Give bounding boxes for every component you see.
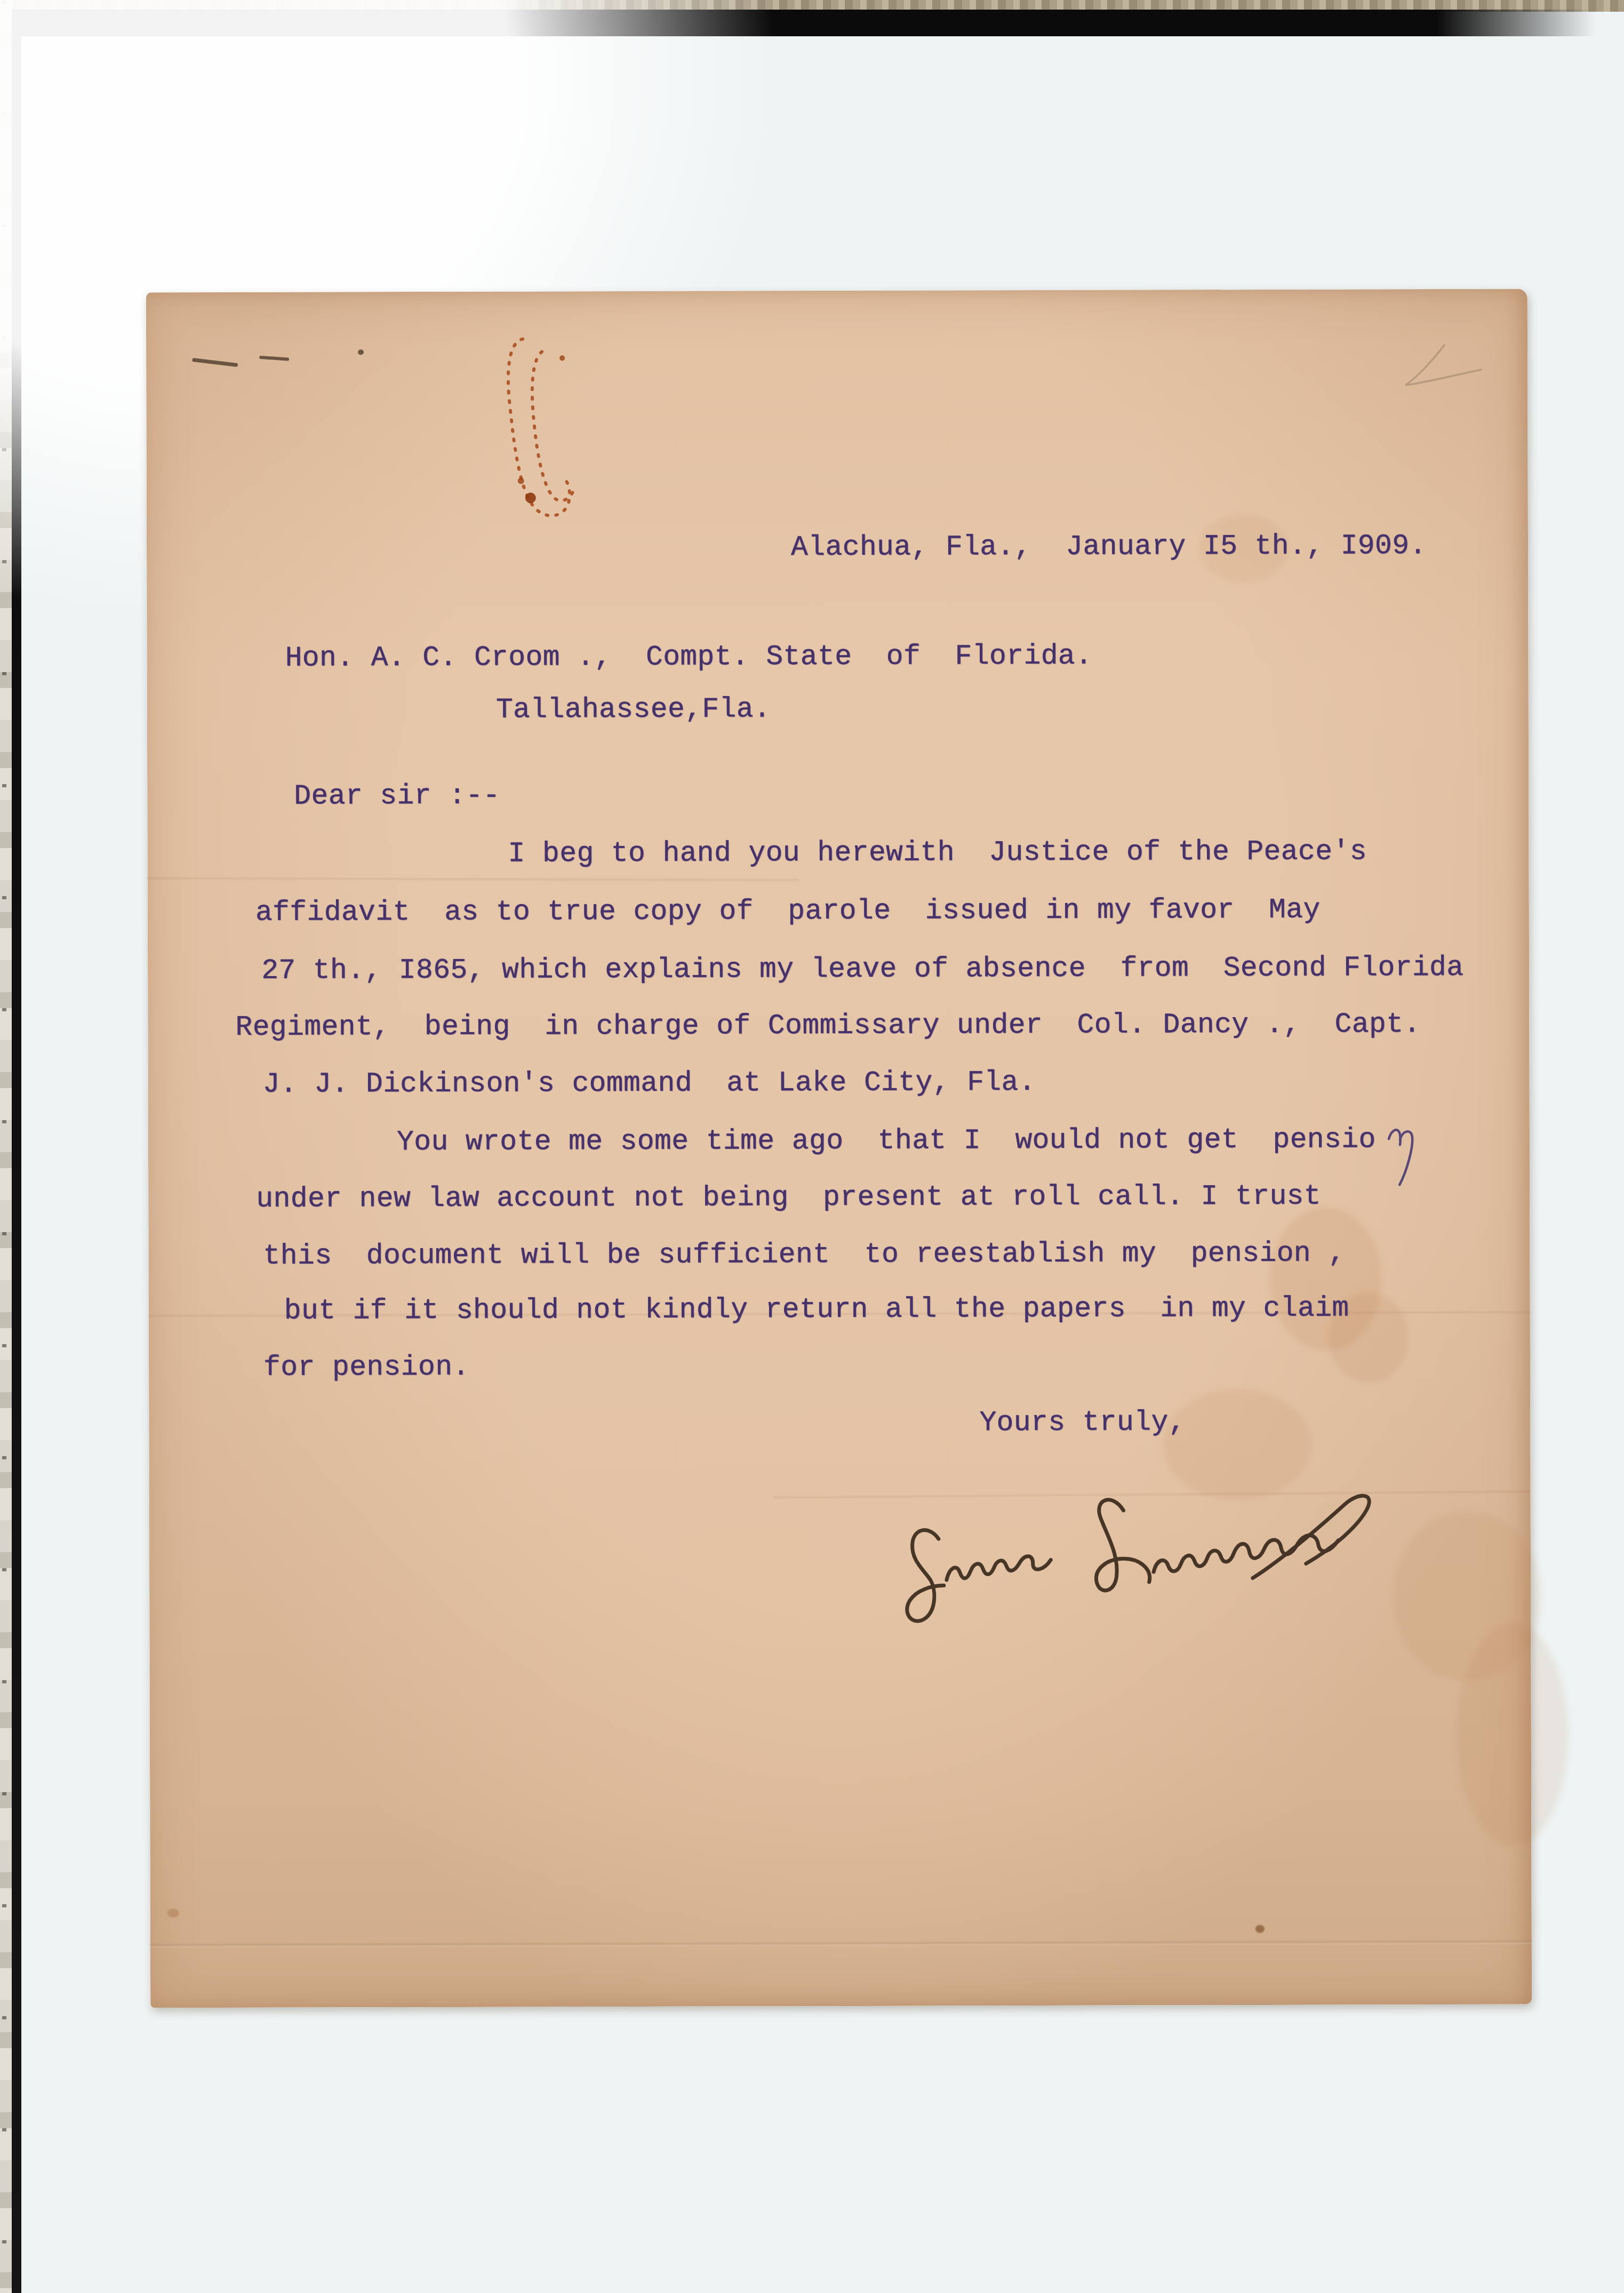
staple-slit: [192, 358, 238, 367]
rust-paperclip-mark: [499, 321, 606, 534]
paper-fold-bottom: [150, 1941, 1532, 1947]
body-line-9: but if it should not kindly return all t…: [284, 1292, 1349, 1327]
rust-speck: [167, 1908, 179, 1918]
stain: [1456, 1622, 1569, 1847]
date-line: Alachua, Fla., January I5 th., I909.: [791, 530, 1427, 563]
body-line-6: You wrote me some time ago that I would …: [397, 1123, 1376, 1158]
staple-slit: [259, 356, 289, 361]
body-line-5: J. J. Dickinson's command at Lake City, …: [263, 1066, 1036, 1100]
scanned-document: Alachua, Fla., January I5 th., I909. Hon…: [0, 0, 1624, 2293]
pencil-check-mark: [1385, 329, 1502, 404]
staple-hole: [358, 349, 364, 355]
body-line-2: affidavit as to true copy of parole issu…: [255, 894, 1321, 929]
body-line-7: under new law account not being present …: [256, 1180, 1321, 1215]
signature-james-robarts: James Robarts: [869, 1429, 1469, 1652]
recipient-line-1: Hon. A. C. Croom ., Compt. State of Flor…: [285, 640, 1093, 674]
paper-crease: [148, 877, 798, 881]
body-line-8: this document will be sufficient to rees…: [263, 1237, 1345, 1272]
closing: Yours truly,: [979, 1406, 1186, 1439]
salutation: Dear sir :--: [294, 780, 500, 812]
handwritten-n-overflow: [1385, 1123, 1427, 1197]
body-line-3: 27 th., I865, which explains my leave of…: [261, 952, 1464, 987]
body-line-1: I beg to hand you herewith Justice of th…: [508, 835, 1366, 869]
body-line-4: Regiment, being in charge of Commissary …: [235, 1008, 1420, 1043]
body-line-10: for pension.: [263, 1351, 470, 1384]
ink-speck: [1255, 1925, 1265, 1933]
recipient-line-2: Tallahassee,Fla.: [496, 693, 771, 725]
letter-paper: Alachua, Fla., January I5 th., I909. Hon…: [146, 289, 1532, 2008]
